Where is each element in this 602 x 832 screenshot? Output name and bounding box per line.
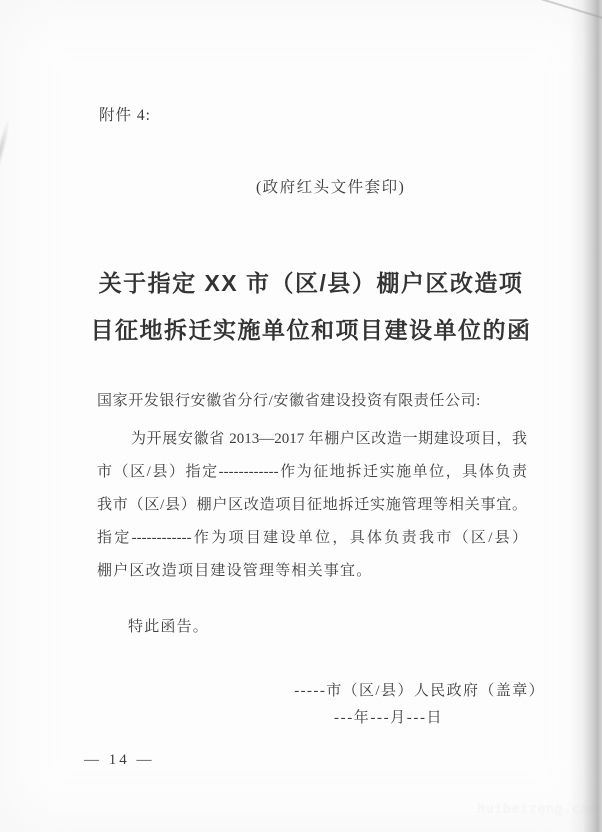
document-title-line1: 关于指定 XX 市（区/县）棚户区改造项	[61, 260, 561, 307]
body-line-3: 我市（区/县）棚户区改造项目征地拆迁实施管理等相关事宜。	[97, 489, 527, 522]
body-line-4: 指定------------作为项目建设单位，具体负责我市（区/县）	[97, 522, 527, 555]
salutation: 国家开发银行安徽省分行/安徽省建设投资有限责任公司:	[97, 389, 533, 410]
scan-edge-shadow	[570, 0, 602, 832]
scanned-document-page: 附件 4: (政府红头文件套印) 关于指定 XX 市（区/县）棚户区改造项 目征…	[0, 0, 602, 832]
closing-phrase: 特此函告。	[128, 615, 209, 636]
body-paragraph: 为开展安徽省 2013—2017 年棚户区改造一期建设项目，我 市（区/县）指定…	[97, 423, 527, 588]
document-title-line2: 目征地拆迁实施单位和项目建设单位的函	[61, 307, 561, 354]
scan-smudge	[0, 118, 12, 180]
watermark-text: huibeizeng.com	[477, 801, 598, 817]
scan-corner-line	[526, 0, 602, 21]
document-title: 关于指定 XX 市（区/县）棚户区改造项 目征地拆迁实施单位和项目建设单位的函	[61, 260, 561, 354]
body-line-2: 市（区/县）指定------------作为征地拆迁实施单位，具体负责	[97, 456, 527, 489]
date-line: ---年---月---日	[334, 706, 443, 727]
stamp-note: (政府红头文件套印)	[256, 175, 405, 197]
page-number: — 14 —	[84, 752, 155, 769]
attachment-label: 附件 4:	[99, 103, 151, 125]
body-line-5: 棚户区改造项目建设管理等相关事宜。	[97, 555, 527, 588]
signature-line: -----市（区/县）人民政府（盖章）	[97, 679, 545, 700]
body-line-1: 为开展安徽省 2013—2017 年棚户区改造一期建设项目，我	[97, 423, 527, 456]
